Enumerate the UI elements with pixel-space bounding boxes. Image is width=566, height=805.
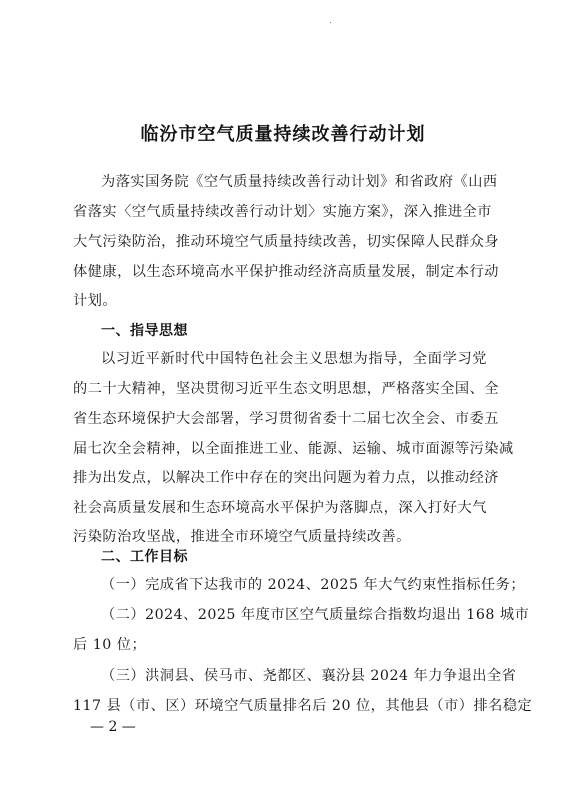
section2-line-4: （三）洪洞县、侯马市、尧都区、襄汾县 2024 年力争退出全省 <box>101 667 487 685</box>
intro-line-1: 为落实国务院《空气质量持续改善行动计划》和省政府《山西 <box>101 173 487 191</box>
section2-line-1: （一）完成省下达我市的 2024、2025 年大气约束性指标任务； <box>101 576 487 594</box>
section2-line-3: 后 10 位； <box>73 636 487 654</box>
section-heading-guiding-ideology: 一、指导思想 <box>101 320 188 340</box>
page-number: — 2 — <box>90 719 136 735</box>
section1-line-2: 的二十大精神，坚决贯彻习近平生态文明思想，严格落实全国、全 <box>73 380 487 398</box>
intro-line-5: 计划。 <box>73 292 487 310</box>
section1-line-3: 省生态环境保护大会部署，学习贯彻省委十二届七次全会、市委五 <box>73 410 487 428</box>
scan-speck <box>330 22 331 23</box>
section1-line-5: 排为出发点，以解决工作中存在的突出问题为着力点，以推动经济 <box>73 469 487 487</box>
intro-line-4: 体健康，以生态环境高水平保护推动经济高质量发展，制定本行动 <box>73 263 487 281</box>
section1-line-6: 社会高质量发展和生态环境高水平保护为落脚点，深入打好大气 <box>73 499 487 517</box>
section1-line-4: 届七次全会精神，以全面推进工业、能源、运输、城市面源等污染减 <box>73 440 487 458</box>
section1-line-7: 污染防治攻坚战，推进全市环境空气质量持续改善。 <box>73 528 487 546</box>
section2-line-5: 117 县（市、区）环境空气质量排名后 20 位，其他县（市）排名稳定 <box>73 697 487 715</box>
section-heading-work-goals: 二、工作目标 <box>101 546 188 566</box>
section1-line-1: 以习近平新时代中国特色社会主义思想为指导，全面学习党 <box>101 350 487 368</box>
intro-line-3: 大气污染防治，推动环境空气质量持续改善，切实保障人民群众身 <box>73 233 487 251</box>
document-title: 临汾市空气质量持续改善行动计划 <box>0 120 566 146</box>
section2-line-2: （二）2024、2025 年度市区空气质量综合指数均退出 168 城市 <box>101 606 487 624</box>
intro-line-2: 省落实〈空气质量持续改善行动计划〉实施方案》，深入推进全市 <box>73 203 487 221</box>
